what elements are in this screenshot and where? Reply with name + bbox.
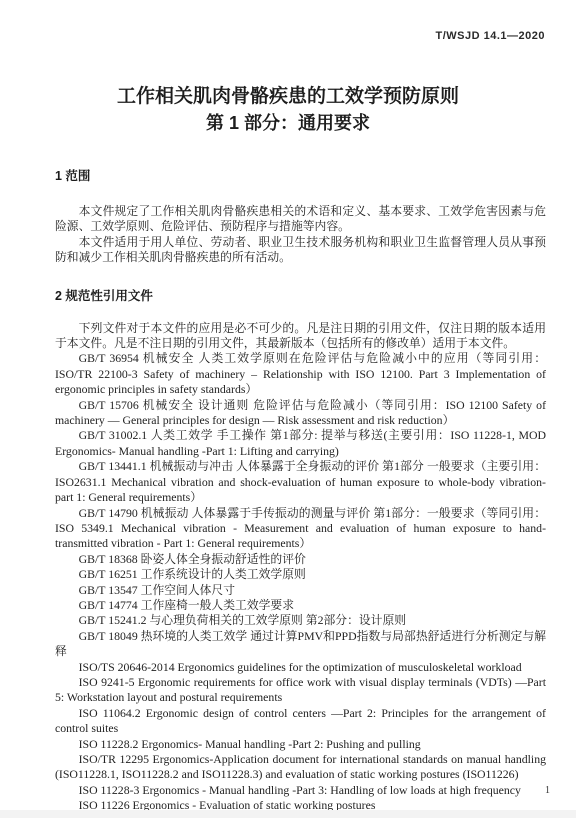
reference-item: GB/T 14774 工作座椅一般人类工效学要求 [55,598,546,613]
section-heading-scope: 1 范围 [55,166,546,184]
reference-item: GB/T 36954 机械安全 人类工效学原则在危险评估与危险减小中的应用（等同… [55,351,546,397]
reference-item: GB/T 16251 工作系统设计的人类工效学原则 [55,567,546,582]
document-subtitle: 第 1 部分：通用要求 [0,110,576,136]
scope-paragraph: 本文件规定了工作相关肌肉骨骼疾患相关的术语和定义、基本要求、工效学危害因素与危险… [55,204,546,235]
document-title: 工作相关肌肉骨骼疾患的工效学预防原则 [0,84,576,110]
reference-item: GB/T 14790 机械振动 人体暴露于手传振动的测量与评价 第1部分：一般要… [55,506,546,552]
reference-item: GB/T 31002.1 人类工效学 手工操作 第1部分: 提举与移送(主要引用… [55,428,546,459]
reference-item: ISO 9241-5 Ergonomic requirements for of… [55,675,546,706]
reference-item: ISO 11228.2 Ergonomics- Manual handling … [55,737,546,752]
section-heading-normative-references: 2 规范性引用文件 [55,286,546,304]
scope-paragraph: 本文件适用于用人单位、劳动者、职业卫生技术服务机构和职业卫生监督管理人员从事预防… [55,235,546,266]
reference-item: GB/T 13441.1 机械振动与冲击 人体暴露于全身振动的评价 第1部分 一… [55,459,546,505]
document-title-block: 工作相关肌肉骨骼疾患的工效学预防原则 第 1 部分：通用要求 [0,84,576,136]
document-page: T/WSJD 14.1—2020 工作相关肌肉骨骼疾患的工效学预防原则 第 1 … [0,0,576,818]
reference-item: ISO 11228-3 Ergonomics - Manual handling… [55,783,546,798]
reference-item: GB/T 15706 机械安全 设计通则 危险评估与危险减小（等同引用：ISO … [55,398,546,429]
reference-item: GB/T 18368 卧姿人体全身振动舒适性的评价 [55,552,546,567]
reference-item: GB/T 15241.2 与心理负荷相关的工效学原则 第2部分：设计原则 [55,613,546,628]
doc-code: T/WSJD 14.1—2020 [0,0,576,42]
page-number: 1 [545,785,550,796]
reference-item: GB/T 18049 热环境的人类工效学 通过计算PMV和PPD指数与局部热舒适… [55,629,546,660]
reference-item: ISO 11064.2 Ergonomic design of control … [55,706,546,737]
reference-item: GB/T 13547 工作空间人体尺寸 [55,583,546,598]
references-intro: 下列文件对于本文件的应用是必不可少的。凡是注日期的引用文件，仅注日期的版本适用于… [55,321,546,352]
page-bottom-edge [0,810,576,818]
reference-item: ISO/TS 20646-2014 Ergonomics guidelines … [55,660,546,675]
document-body: 1 范围 本文件规定了工作相关肌肉骨骼疾患相关的术语和定义、基本要求、工效学危害… [55,166,546,814]
reference-item: ISO/TR 12295 Ergonomics-Application docu… [55,752,546,783]
normative-references-list: 下列文件对于本文件的应用是必不可少的。凡是注日期的引用文件，仅注日期的版本适用于… [55,321,546,814]
scope-paragraphs: 本文件规定了工作相关肌肉骨骼疾患相关的术语和定义、基本要求、工效学危害因素与危险… [55,204,546,266]
